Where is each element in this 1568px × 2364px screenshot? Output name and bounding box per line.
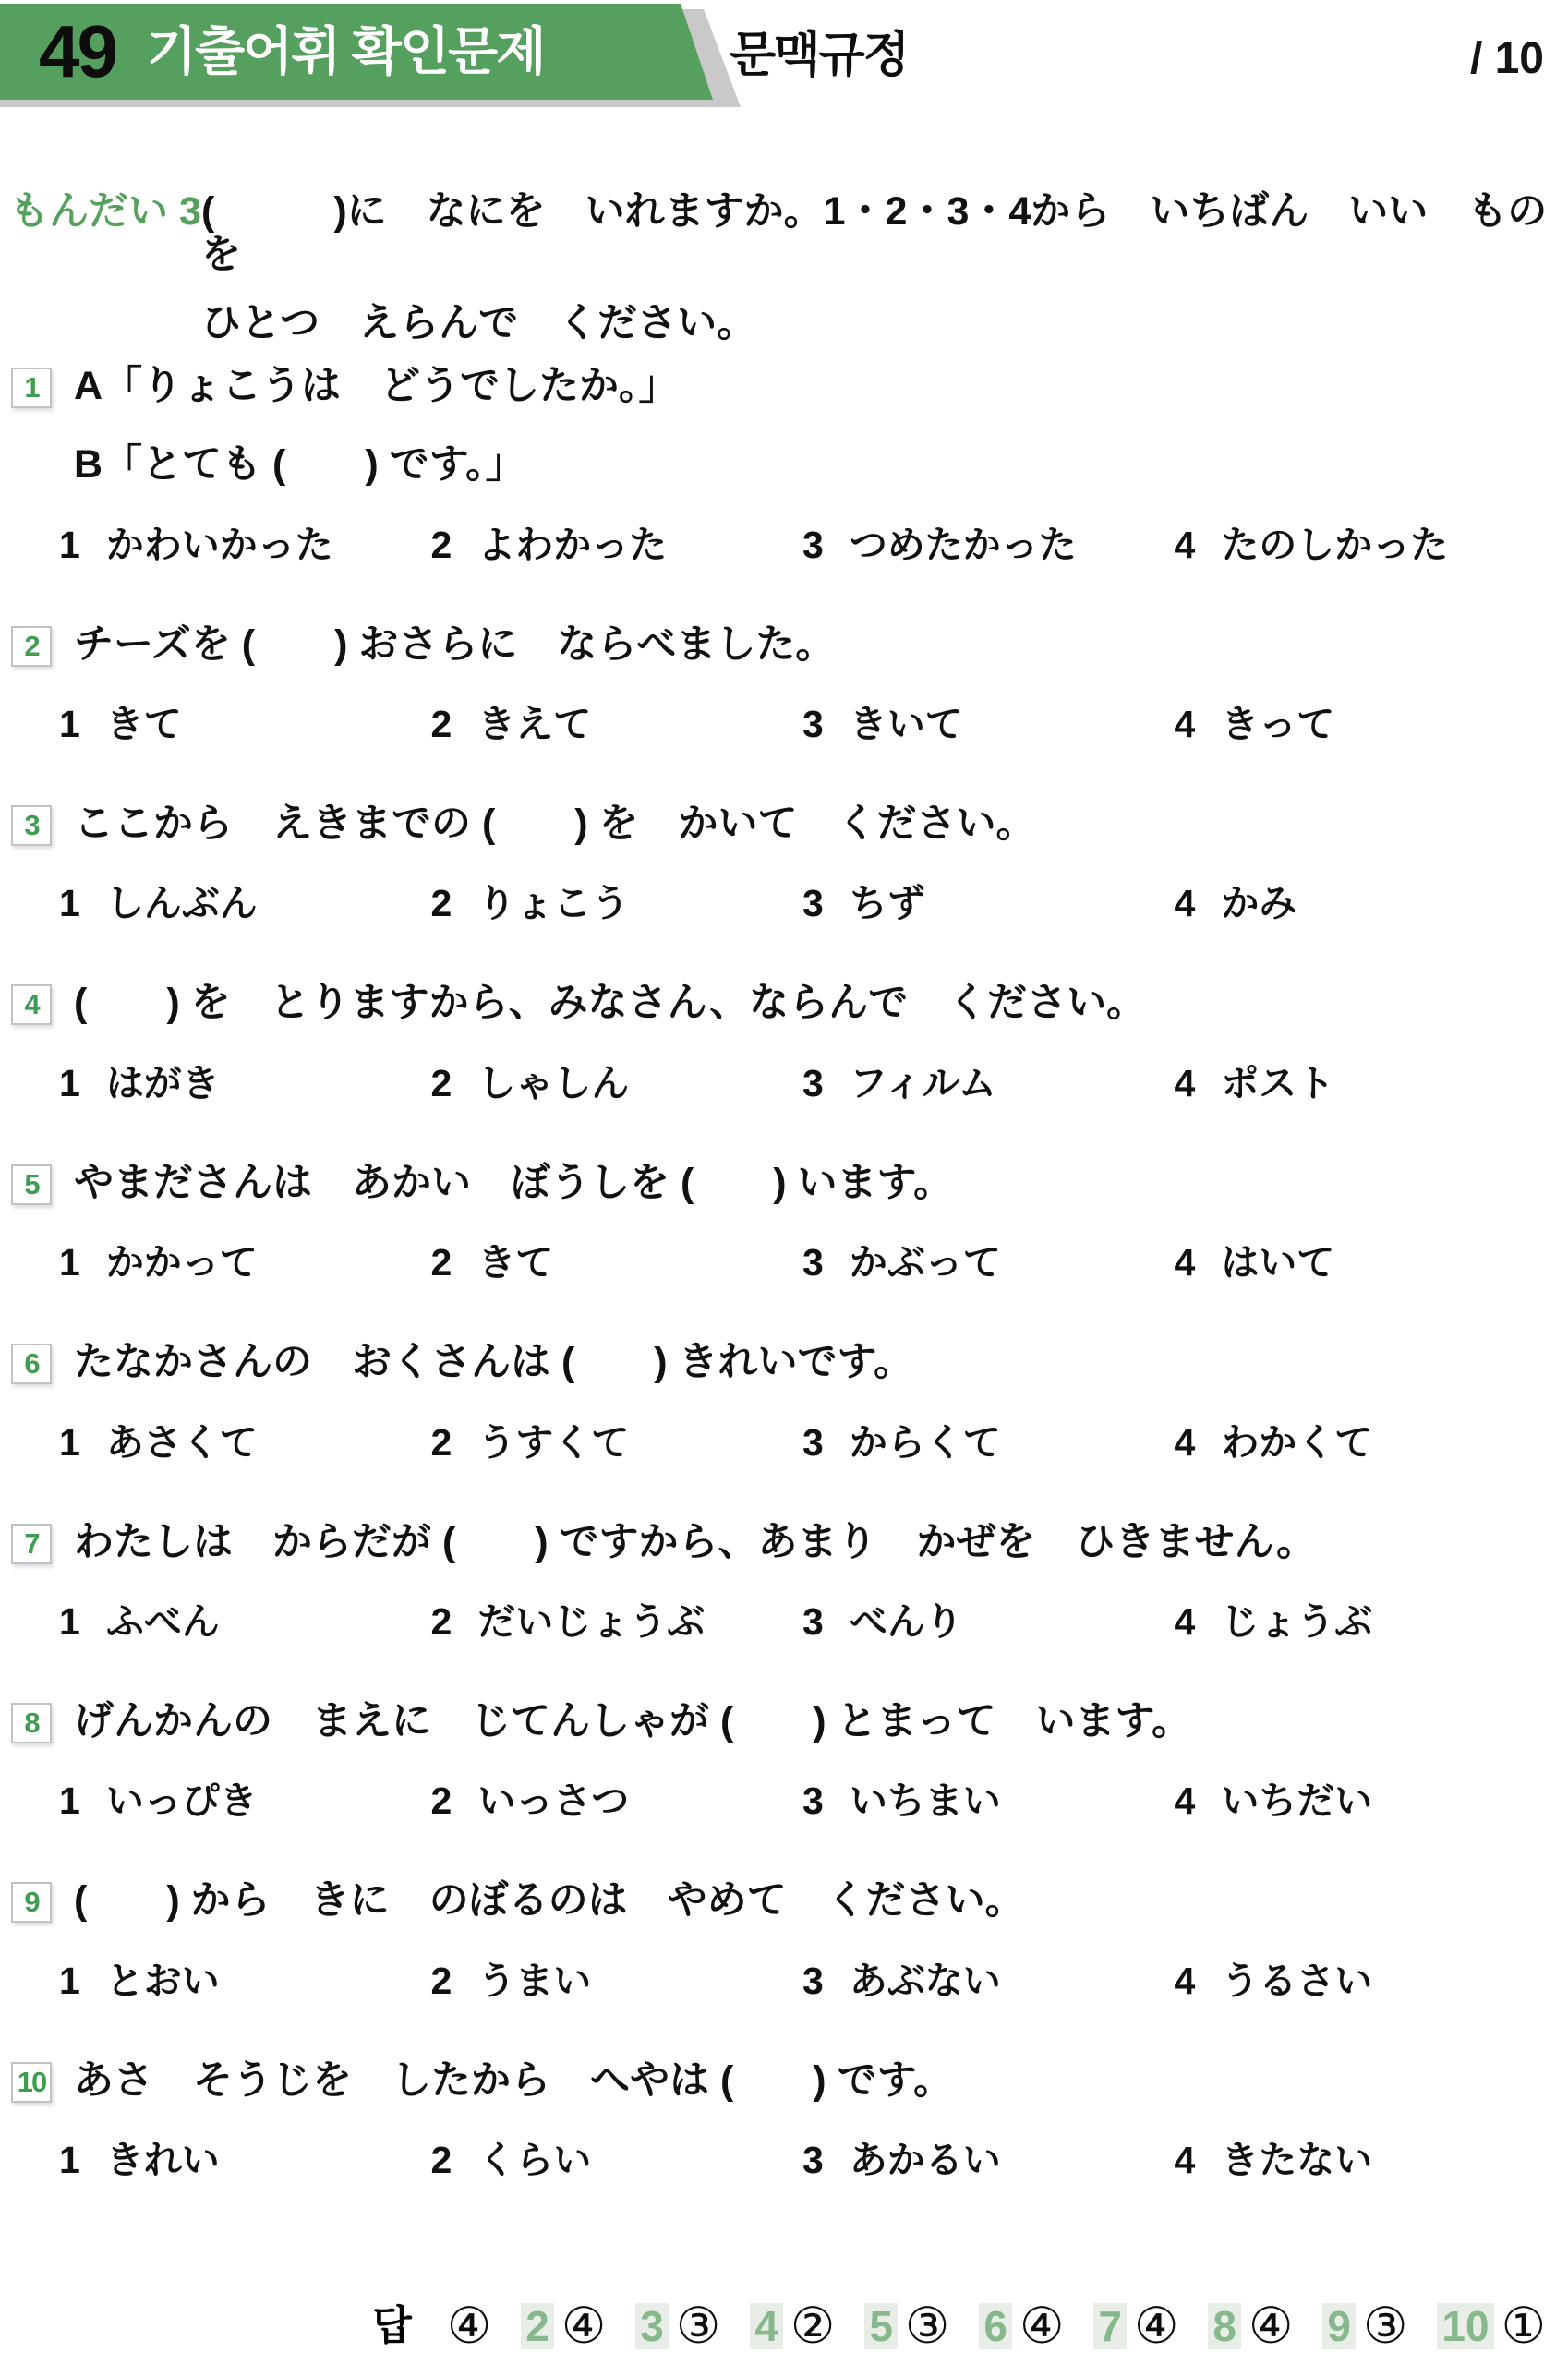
question-lines: ( ) から きに のぼるのは やめて ください。 xyxy=(74,1879,1025,1923)
option-number: 4 xyxy=(1175,525,1196,566)
option-label: あぶない xyxy=(850,1960,1001,2002)
question-number-badge: 9 xyxy=(11,1882,52,1923)
answer-option: 2りょこう xyxy=(431,883,803,924)
option-number: 4 xyxy=(1175,2140,1196,2181)
answer-option: 4じょうぶ xyxy=(1175,1601,1547,1643)
answer-question-number: 3 xyxy=(635,2303,669,2349)
question-options: 1かわいかった2よわかった3つめたかった4たのしかった xyxy=(11,525,1568,566)
answer-option: 2しゃしん xyxy=(431,1063,803,1104)
option-number: 1 xyxy=(59,883,80,924)
question-text: ここから えきまでの ( ) を かいて ください。 xyxy=(74,802,1036,846)
lesson-banner: 49 기출어휘 확인문제 xyxy=(0,4,713,100)
option-label: はがき xyxy=(106,1062,220,1104)
answer-option: 1しんぶん xyxy=(59,883,431,924)
answer-option: 1あさくて xyxy=(59,1422,431,1464)
question-block: 4 ( ) を とりますから、みなさん、ならんで ください。 1はがき2しゃしん… xyxy=(0,982,1568,1104)
question-number-badge: 7 xyxy=(11,1524,52,1564)
option-number: 4 xyxy=(1175,1780,1196,1822)
option-label: からくて xyxy=(850,1421,1001,1464)
question-options: 1ふべん2だいじょうぶ3べんり4じょうぶ xyxy=(11,1601,1568,1643)
option-number: 1 xyxy=(59,1063,80,1104)
option-label: きれい xyxy=(106,2139,220,2181)
option-label: りょこう xyxy=(477,882,629,924)
answer-option: 3あぶない xyxy=(802,1960,1175,2002)
answer-key: 답 ④2④3③4②5③6④7④8④9③10① xyxy=(372,2301,1546,2351)
option-label: よわかった xyxy=(477,524,667,566)
question-lines: たなかさんの おくさんは ( ) きれいです。 xyxy=(74,1341,913,1384)
question-lines: チーズを ( ) おさらに ならべました。 xyxy=(74,623,835,667)
option-number: 3 xyxy=(802,704,824,745)
answer-item: 9③ xyxy=(1322,2301,1407,2351)
answer-option: 4いちだい xyxy=(1175,1780,1547,1822)
option-label: ちず xyxy=(850,882,925,924)
question-text: B「とても ( ) です。」 xyxy=(74,443,679,487)
option-number: 2 xyxy=(431,1960,452,2002)
answer-question-number: 5 xyxy=(864,2303,898,2349)
question-lines: A「りょこうは どうでしたか。」B「とても ( ) です。」 xyxy=(74,365,679,488)
answer-option: 3からくて xyxy=(802,1422,1175,1464)
option-label: きえて xyxy=(477,703,591,745)
answer-circled-number: ② xyxy=(790,2301,835,2351)
answer-option: 3きいて xyxy=(802,704,1175,745)
option-number: 3 xyxy=(802,883,824,924)
option-label: はいて xyxy=(1221,1241,1334,1284)
question-block: 7 わたしは からだが ( ) ですから、あまり かぜを ひきません。 1ふべん… xyxy=(0,1521,1568,1643)
answer-circled-number: ④ xyxy=(447,2301,491,2351)
question-number-badge: 6 xyxy=(11,1344,52,1384)
question-row: 9 ( ) から きに のぼるのは やめて ください。 xyxy=(11,1879,1568,1923)
option-label: うすくて xyxy=(477,1421,629,1464)
option-label: きたない xyxy=(1221,2139,1372,2181)
option-number: 2 xyxy=(431,525,452,566)
question-options: 1しんぶん2りょこう3ちず4かみ xyxy=(11,883,1568,924)
option-label: あかるい xyxy=(850,2139,1001,2181)
option-number: 1 xyxy=(59,525,80,566)
answer-option: 2だいじょうぶ xyxy=(431,1601,803,1643)
option-label: つめたかった xyxy=(850,524,1077,566)
answer-item: 7④ xyxy=(1093,2301,1178,2351)
answer-circled-number: ④ xyxy=(1019,2301,1064,2351)
option-number: 4 xyxy=(1175,1063,1196,1104)
option-number: 2 xyxy=(431,1601,452,1643)
answer-option: 3あかるい xyxy=(802,2140,1175,2181)
question-row: 8 げんかんの まえに じてんしゃが ( ) とまって います。 xyxy=(11,1700,1568,1743)
question-block: 9 ( ) から きに のぼるのは やめて ください。 1とおい2うまい3あぶな… xyxy=(0,1879,1568,2001)
answer-circled-number: ③ xyxy=(1363,2301,1407,2351)
answer-option: 2きえて xyxy=(431,704,803,745)
option-number: 1 xyxy=(59,704,80,745)
question-row: 2 チーズを ( ) おさらに ならべました。 xyxy=(11,623,1568,667)
answer-option: 4きたない xyxy=(1175,2140,1547,2181)
instruction-block: もんだい 3 ( )に なにを いれますか。1・2・3・4から いちばん いい … xyxy=(9,190,1550,345)
answer-option: 1いっぴき xyxy=(59,1780,431,1822)
question-number-badge: 4 xyxy=(11,984,52,1025)
answer-question-number: 8 xyxy=(1208,2303,1241,2349)
answer-option: 4かみ xyxy=(1175,883,1547,924)
instruction-lines: ( )に なにを いれますか。1・2・3・4から いちばん いい ものを ひとつ… xyxy=(201,190,1550,345)
answer-item: 5③ xyxy=(864,2301,949,2351)
option-label: かみ xyxy=(1221,882,1297,924)
question-lines: ( ) を とりますから、みなさん、ならんで ください。 xyxy=(74,982,1146,1025)
instruction-line-2: ひとつ えらんで ください。 xyxy=(201,302,1550,345)
question-lines: やまださんは あかい ぼうしを ( ) います。 xyxy=(74,1162,953,1205)
option-label: いちだい xyxy=(1221,1779,1372,1822)
option-number: 4 xyxy=(1175,883,1196,924)
answer-circled-number: ④ xyxy=(1134,2301,1178,2351)
answer-question-number: 9 xyxy=(1322,2303,1356,2349)
option-label: べんり xyxy=(850,1600,963,1643)
question-number-badge: 1 xyxy=(11,368,52,408)
option-number: 1 xyxy=(59,1242,80,1284)
answer-circled-number: ④ xyxy=(1248,2301,1293,2351)
answer-question-number: 6 xyxy=(979,2303,1012,2349)
question-row: 6 たなかさんの おくさんは ( ) きれいです。 xyxy=(11,1341,1568,1384)
question-number-badge: 3 xyxy=(11,805,52,846)
question-lines: わたしは からだが ( ) ですから、あまり かぜを ひきません。 xyxy=(74,1521,1316,1564)
answer-option: 2いっさつ xyxy=(431,1780,803,1822)
option-number: 3 xyxy=(802,2140,824,2181)
answer-option: 1とおい xyxy=(59,1960,431,2002)
answer-circled-number: ③ xyxy=(905,2301,949,2351)
answer-circled-number: ① xyxy=(1502,2301,1546,2351)
option-number: 1 xyxy=(59,1780,80,1822)
answer-option: 1かかって xyxy=(59,1242,431,1284)
question-number-badge: 2 xyxy=(11,626,52,667)
question-number-badge: 8 xyxy=(11,1703,52,1743)
answer-question-number: 10 xyxy=(1437,2303,1493,2349)
answer-option: 2うすくて xyxy=(431,1422,803,1464)
option-label: かわいかった xyxy=(106,524,333,566)
answer-option: 2よわかった xyxy=(431,525,803,566)
option-number: 3 xyxy=(802,1242,824,1284)
question-text: わたしは からだが ( ) ですから、あまり かぜを ひきません。 xyxy=(74,1521,1316,1564)
option-number: 1 xyxy=(59,2140,80,2181)
question-options: 1いっぴき2いっさつ3いちまい4いちだい xyxy=(11,1780,1568,1822)
option-number: 2 xyxy=(431,1063,452,1104)
option-number: 2 xyxy=(431,1422,452,1464)
option-label: きて xyxy=(106,703,182,745)
answer-option: 4うるさい xyxy=(1175,1960,1547,2002)
option-label: じょうぶ xyxy=(1221,1600,1372,1643)
question-row: 7 わたしは からだが ( ) ですから、あまり かぜを ひきません。 xyxy=(11,1521,1568,1564)
option-label: くらい xyxy=(477,2139,591,2181)
question-block: 2 チーズを ( ) おさらに ならべました。 1きて2きえて3きいて4きって xyxy=(0,623,1568,745)
option-number: 4 xyxy=(1175,1601,1196,1643)
question-block: 8 げんかんの まえに じてんしゃが ( ) とまって います。 1いっぴき2い… xyxy=(0,1700,1568,1822)
answer-option: 3ちず xyxy=(802,883,1175,924)
answer-item: 2④ xyxy=(521,2301,606,2351)
question-options: 1きれい2くらい3あかるい4きたない xyxy=(11,2140,1568,2181)
answer-option: 4ポスト xyxy=(1175,1063,1547,1104)
option-label: いちまい xyxy=(850,1779,1001,1822)
answer-option: 4はいて xyxy=(1175,1242,1547,1284)
question-text: やまださんは あかい ぼうしを ( ) います。 xyxy=(74,1162,953,1205)
answer-option: 4わかくて xyxy=(1175,1422,1547,1464)
answer-option: 3かぶって xyxy=(802,1242,1175,1284)
question-lines: ここから えきまでの ( ) を かいて ください。 xyxy=(74,802,1036,846)
answer-option: 2くらい xyxy=(431,2140,803,2181)
worksheet-page: 49 기출어휘 확인문제 문맥규정 / 10 もんだい 3 ( )に なにを い… xyxy=(0,0,1568,2364)
option-label: きいて xyxy=(850,703,963,745)
option-number: 2 xyxy=(431,2140,452,2181)
answer-option: 1きて xyxy=(59,704,431,745)
lesson-title: 기출어휘 확인문제 xyxy=(147,26,544,78)
instruction-line-1: ( )に なにを いれますか。1・2・3・4から いちばん いい ものを xyxy=(201,190,1550,278)
question-text: あさ そうじを したから へやは ( ) です。 xyxy=(74,2059,953,2103)
answer-circled-number: ④ xyxy=(561,2301,606,2351)
option-number: 2 xyxy=(431,883,452,924)
option-number: 4 xyxy=(1175,1242,1196,1284)
answer-question-number: 2 xyxy=(521,2303,554,2349)
question-lines: げんかんの まえに じてんしゃが ( ) とまって います。 xyxy=(74,1700,1191,1743)
option-label: いっさつ xyxy=(477,1779,629,1822)
option-number: 1 xyxy=(59,1601,80,1643)
answer-option: 1ふべん xyxy=(59,1601,431,1643)
questions-list: 1 A「りょこうは どうでしたか。」B「とても ( ) です。」 1かわいかった… xyxy=(0,365,1568,2238)
option-number: 1 xyxy=(59,1422,80,1464)
answer-item: 3③ xyxy=(635,2301,720,2351)
question-block: 1 A「りょこうは どうでしたか。」B「とても ( ) です。」 1かわいかった… xyxy=(0,365,1568,566)
question-block: 6 たなかさんの おくさんは ( ) きれいです。 1あさくて2うすくて3からく… xyxy=(0,1341,1568,1463)
option-label: しゃしん xyxy=(477,1062,629,1104)
question-options: 1きて2きえて3きいて4きって xyxy=(11,704,1568,745)
option-number: 4 xyxy=(1175,1960,1196,2002)
option-label: わかくて xyxy=(1221,1421,1372,1464)
option-label: きって xyxy=(1221,703,1334,745)
option-label: うるさい xyxy=(1221,1960,1372,2002)
option-label: きて xyxy=(477,1241,553,1284)
lesson-number: 49 xyxy=(39,15,115,89)
answer-option: 1はがき xyxy=(59,1063,431,1104)
question-row: 5 やまださんは あかい ぼうしを ( ) います。 xyxy=(11,1162,1568,1205)
question-block: 10 あさ そうじを したから へやは ( ) です。 1きれい2くらい3あかる… xyxy=(0,2059,1568,2181)
option-number: 2 xyxy=(431,1780,452,1822)
answer-key-label: 답 xyxy=(372,2306,412,2346)
option-number: 3 xyxy=(802,1422,824,1464)
answer-option: 4たのしかった xyxy=(1175,525,1547,566)
answer-option: 2うまい xyxy=(431,1960,803,2002)
question-text: チーズを ( ) おさらに ならべました。 xyxy=(74,623,835,667)
instruction-label: もんだい 3 xyxy=(9,190,201,234)
question-text: ( ) を とりますから、みなさん、ならんで ください。 xyxy=(74,982,1146,1025)
option-label: うまい xyxy=(477,1960,591,2002)
question-lines: あさ そうじを したから へやは ( ) です。 xyxy=(74,2059,953,2103)
answer-option: 3いちまい xyxy=(802,1780,1175,1822)
answer-item: ④ xyxy=(447,2301,491,2351)
question-text: A「りょこうは どうでしたか。」 xyxy=(74,365,679,408)
question-options: 1かかって2きて3かぶって4はいて xyxy=(11,1242,1568,1284)
answer-item: 4② xyxy=(750,2301,835,2351)
answer-option: 3つめたかった xyxy=(802,525,1175,566)
question-number-badge: 10 xyxy=(11,2062,52,2103)
answer-circled-number: ③ xyxy=(676,2301,720,2351)
question-row: 1 A「りょこうは どうでしたか。」B「とても ( ) です。」 xyxy=(11,365,1568,488)
option-number: 3 xyxy=(802,525,824,566)
answer-option: 3べんり xyxy=(802,1601,1175,1643)
option-number: 3 xyxy=(802,1960,824,2002)
question-number-badge: 5 xyxy=(11,1164,52,1205)
question-block: 5 やまださんは あかい ぼうしを ( ) います。 1かかって2きて3かぶって… xyxy=(0,1162,1568,1284)
option-label: あさくて xyxy=(106,1421,258,1464)
question-text: たなかさんの おくさんは ( ) きれいです。 xyxy=(74,1341,913,1384)
option-number: 3 xyxy=(802,1063,824,1104)
question-row: 4 ( ) を とりますから、みなさん、ならんで ください。 xyxy=(11,982,1568,1025)
question-text: ( ) から きに のぼるのは やめて ください。 xyxy=(74,1879,1025,1923)
question-row: 10 あさ そうじを したから へやは ( ) です。 xyxy=(11,2059,1568,2103)
answer-item: 6④ xyxy=(979,2301,1064,2351)
option-label: ポスト xyxy=(1221,1062,1334,1104)
option-number: 2 xyxy=(431,704,452,745)
answer-option: 1きれい xyxy=(59,2140,431,2181)
option-number: 4 xyxy=(1175,704,1196,745)
option-number: 4 xyxy=(1175,1422,1196,1464)
answer-option: 3フィルム xyxy=(802,1063,1175,1104)
option-label: たのしかった xyxy=(1221,524,1448,566)
question-text: げんかんの まえに じてんしゃが ( ) とまって います。 xyxy=(74,1700,1191,1743)
option-number: 3 xyxy=(802,1601,824,1643)
question-options: 1はがき2しゃしん3フィルム4ポスト xyxy=(11,1063,1568,1104)
option-number: 2 xyxy=(431,1242,452,1284)
option-label: かぶって xyxy=(850,1241,1001,1284)
option-label: かかって xyxy=(106,1241,258,1284)
option-label: だいじょうぶ xyxy=(477,1600,705,1643)
answer-question-number: 7 xyxy=(1093,2303,1127,2349)
question-row: 3 ここから えきまでの ( ) を かいて ください。 xyxy=(11,802,1568,846)
option-label: しんぶん xyxy=(106,882,258,924)
option-label: とおい xyxy=(106,1960,220,2002)
option-number: 1 xyxy=(59,1960,80,2002)
question-options: 1とおい2うまい3あぶない4うるさい xyxy=(11,1960,1568,2002)
score-field: / 10 xyxy=(1470,37,1544,81)
option-label: ふべん xyxy=(106,1600,220,1643)
answer-question-number: 4 xyxy=(750,2303,783,2349)
option-label: いっぴき xyxy=(106,1779,258,1822)
question-block: 3 ここから えきまでの ( ) を かいて ください。 1しんぶん2りょこう3… xyxy=(0,802,1568,924)
answer-item: 10① xyxy=(1437,2301,1546,2351)
answer-items: ④2④3③4②5③6④7④8④9③10① xyxy=(447,2301,1546,2351)
answer-item: 8④ xyxy=(1208,2301,1293,2351)
question-options: 1あさくて2うすくて3からくて4わかくて xyxy=(11,1422,1568,1464)
answer-option: 4きって xyxy=(1175,704,1547,745)
answer-option: 1かわいかった xyxy=(59,525,431,566)
option-number: 3 xyxy=(802,1780,824,1822)
answer-option: 2きて xyxy=(431,1242,803,1284)
header-subtitle: 문맥규정 xyxy=(730,31,908,79)
option-label: フィルム xyxy=(850,1062,996,1104)
